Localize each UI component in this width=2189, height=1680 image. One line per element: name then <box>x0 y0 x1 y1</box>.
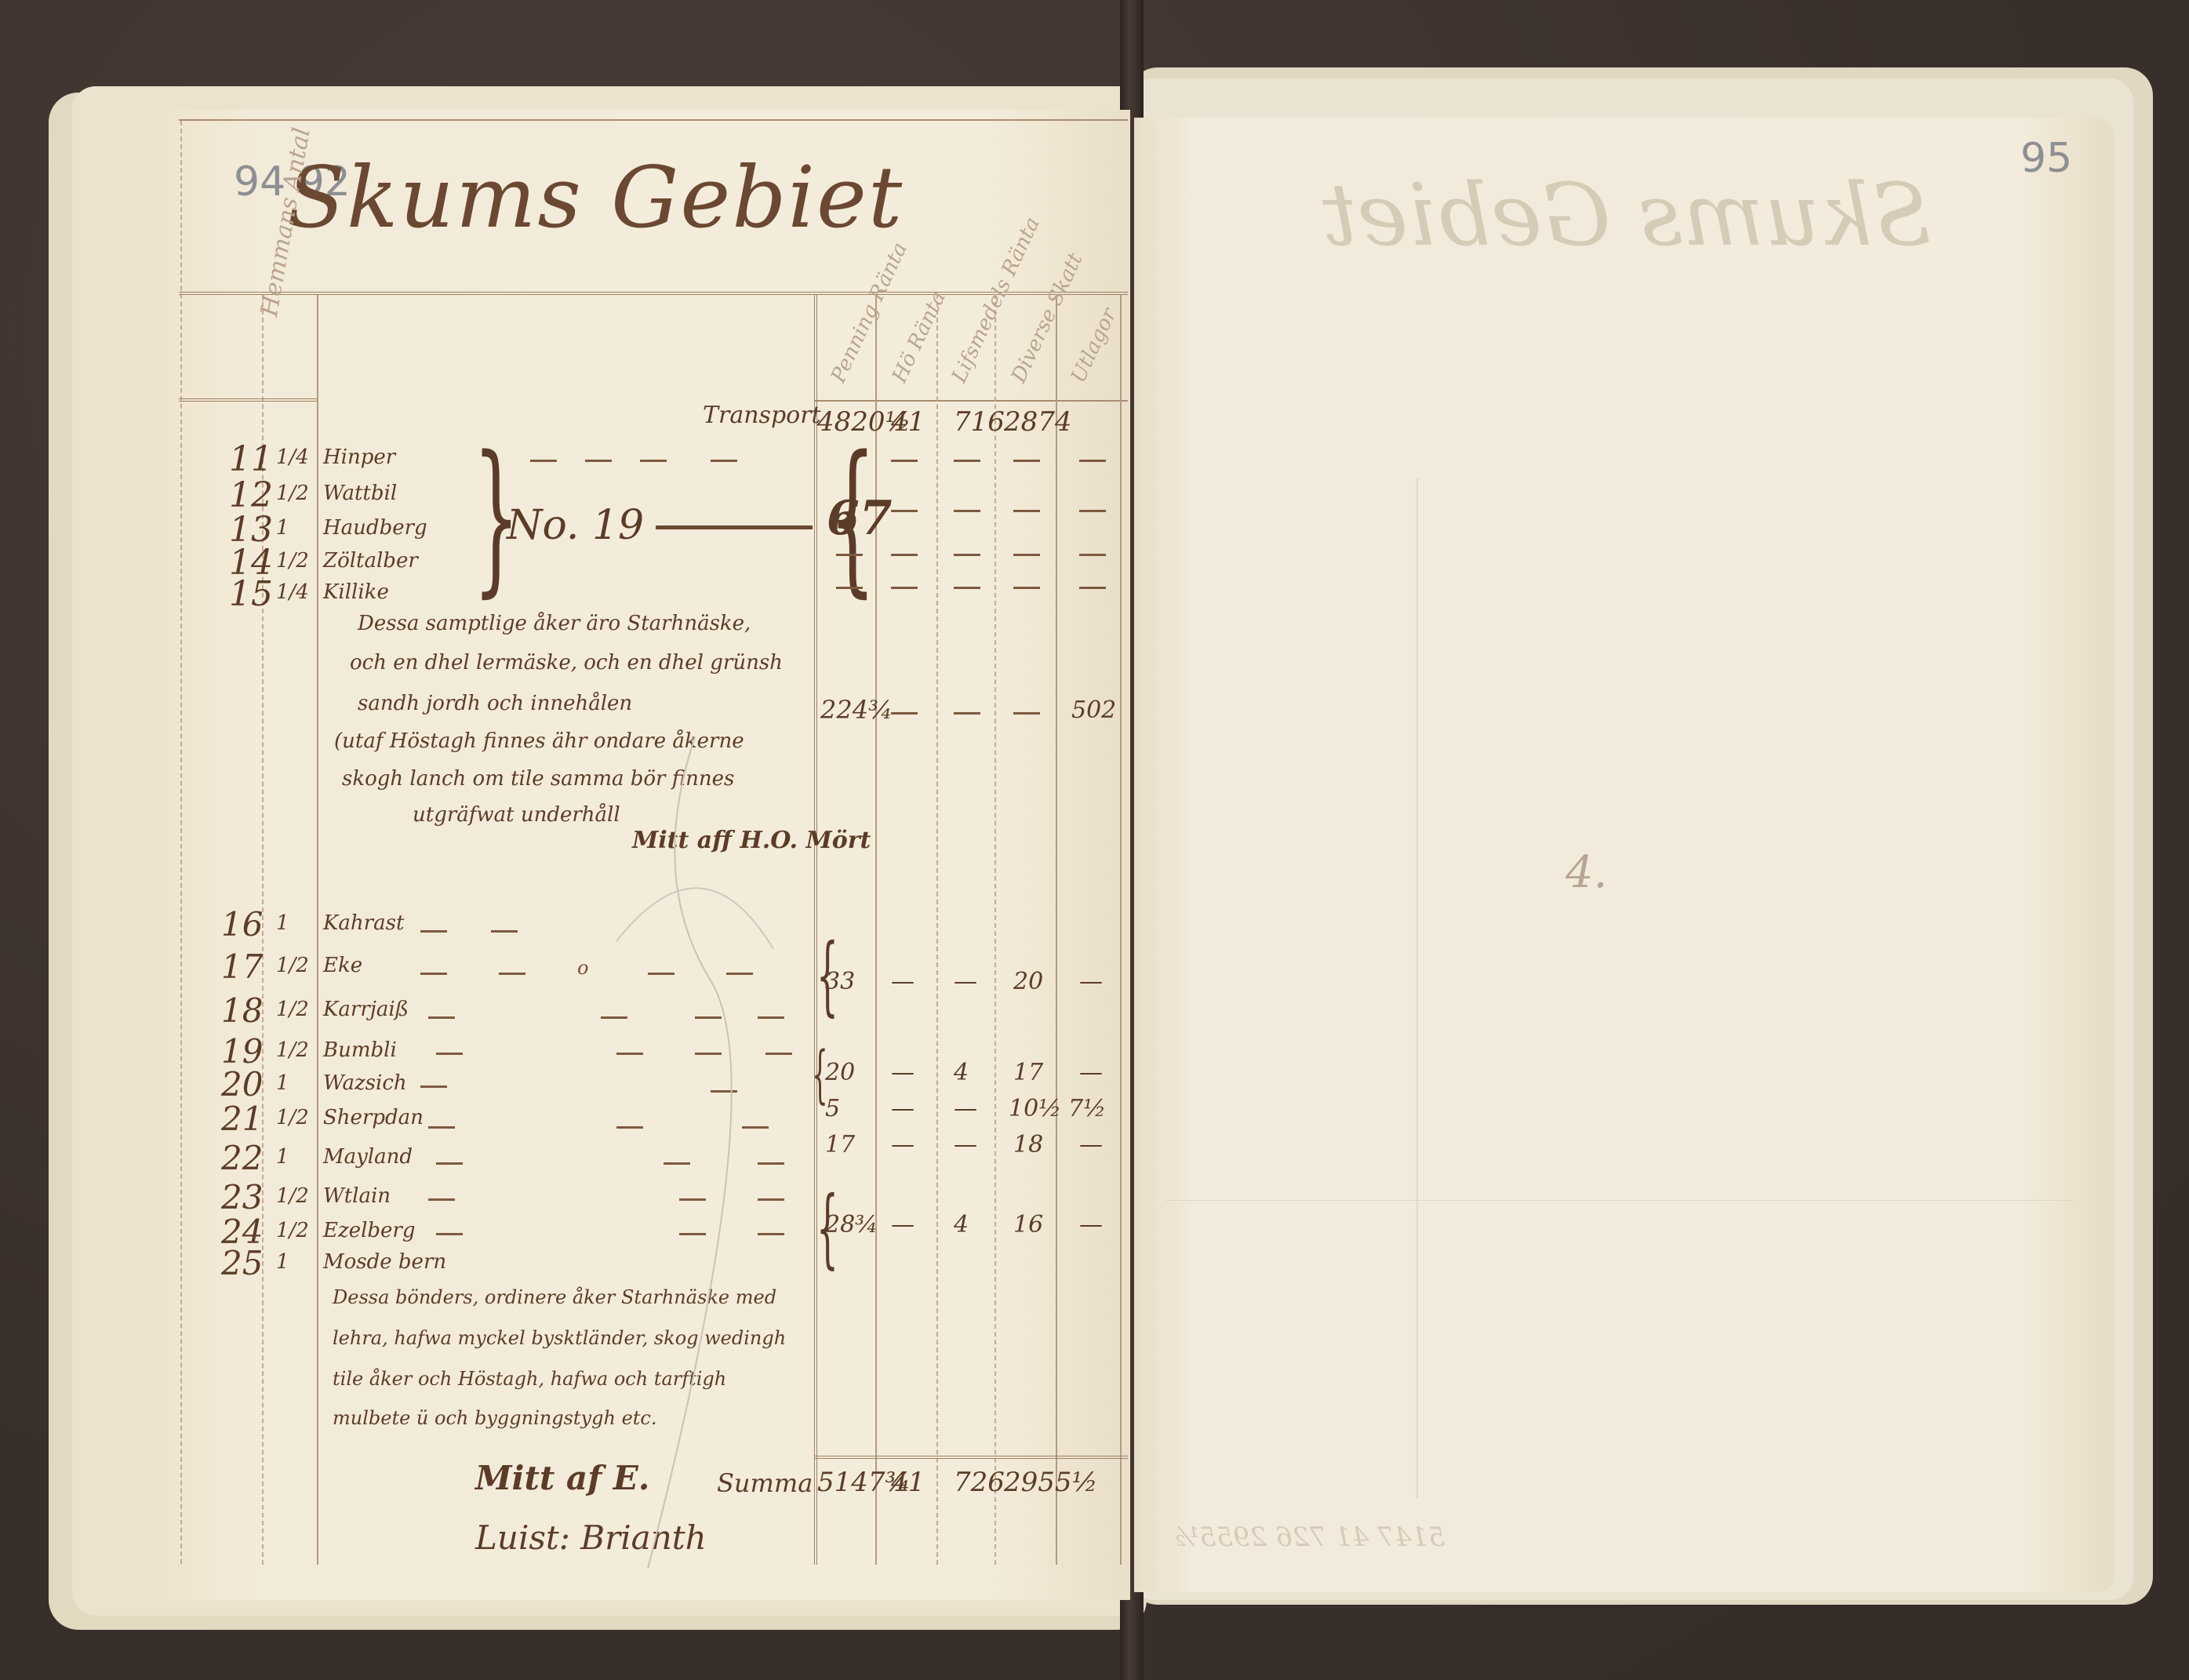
transport-value-4: 2874 <box>1004 406 1072 438</box>
row-farm-name: Ezelberg <box>323 1219 415 1242</box>
bleed-through-summa: 5147 41 726 2955½ <box>1173 1522 1445 1553</box>
row-number: 25 <box>221 1244 263 1282</box>
row-farm-name: Bumbli <box>323 1038 397 1062</box>
row-share: 1 <box>276 1145 289 1169</box>
dash-filler <box>954 554 980 556</box>
share-column-rule <box>317 294 318 1565</box>
table-header-bottom-rule-left <box>179 398 317 402</box>
group2-value: — <box>1079 1131 1103 1158</box>
row-number: 23 <box>221 1178 263 1216</box>
group2-value: — <box>1079 1211 1103 1238</box>
page-crease <box>1165 1200 2075 1201</box>
group2-value: 4 <box>954 1059 969 1086</box>
row-farm-name: Hinper <box>323 445 395 469</box>
row-share: 1/2 <box>276 1219 309 1242</box>
group1-value: 67 <box>827 491 893 546</box>
summa-rule <box>814 1456 1128 1459</box>
dash-filler <box>420 1085 447 1088</box>
row-farm-name: Zöltalber <box>323 549 418 573</box>
dash-filler <box>428 1126 455 1129</box>
group2-value: — <box>954 968 977 995</box>
row-number: 18 <box>221 991 263 1030</box>
dash-filler <box>954 460 980 462</box>
dash-filler <box>436 1162 463 1165</box>
row-number: 20 <box>221 1065 263 1104</box>
row-farm-name: Eke <box>323 954 362 977</box>
row-farm-name: Wazsich <box>323 1071 407 1095</box>
dash-filler <box>836 554 863 556</box>
row-share: 1/2 <box>276 998 309 1021</box>
row-share: 1/2 <box>276 549 309 573</box>
row-farm-name: Karrjaiß <box>323 998 409 1021</box>
group2-value: — <box>954 1131 977 1158</box>
row-share: 1 <box>276 911 289 935</box>
row-number: 17 <box>221 947 263 986</box>
dash-filler <box>530 460 557 462</box>
transport-value-2: 41 <box>891 406 925 438</box>
dash-filler <box>954 587 980 589</box>
group2-value: 18 <box>1013 1131 1043 1158</box>
group1-connector-line <box>656 525 813 529</box>
dash-filler <box>428 1198 455 1201</box>
group2-value: 4 <box>954 1211 969 1238</box>
summa-value-4: 2955½ <box>1004 1467 1097 1498</box>
ink-blot: o <box>577 957 588 979</box>
group1-note-line: sandh jordh och innehålen <box>358 692 632 715</box>
row-number: 11 <box>229 439 273 479</box>
value-column-rule-4 <box>1056 294 1057 1565</box>
right-page: 95 Skums Gebiet 4. 5147 41 726 2955½ <box>1134 118 2114 1592</box>
group1-note-value: 224¾ <box>820 695 893 725</box>
group2-value: — <box>1079 968 1103 995</box>
row-number: 16 <box>221 905 263 944</box>
summa-value-3: 726 <box>954 1467 1005 1498</box>
group2-value: — <box>891 968 915 995</box>
value-column-rule-3 <box>995 294 996 1565</box>
group1-reference-number: No. 19 <box>507 502 644 549</box>
dash-filler <box>1013 460 1040 462</box>
dash-filler <box>1013 554 1040 556</box>
dash-filler <box>499 973 525 975</box>
row-farm-name: Mayland <box>323 1145 413 1169</box>
dash-filler <box>891 712 918 715</box>
dash-filler <box>428 1016 455 1019</box>
dash-filler <box>436 1053 463 1055</box>
dash-filler <box>640 460 667 462</box>
column-header-5: Utlagor <box>1067 305 1122 387</box>
row-farm-name: Killike <box>323 580 389 604</box>
top-frame-rule <box>179 119 1128 121</box>
value-column-rule-5 <box>1120 294 1122 1565</box>
dash-filler <box>1079 460 1106 462</box>
dash-filler <box>420 973 447 975</box>
bleed-through-mark: 4. <box>1565 847 1607 898</box>
dash-filler <box>1013 587 1040 589</box>
dash-filler <box>891 554 918 556</box>
dash-filler <box>436 1233 463 1235</box>
transport-label: Transport <box>703 402 821 429</box>
row-number: 22 <box>221 1139 263 1177</box>
row-share: 1/2 <box>276 482 309 505</box>
group2-value: — <box>891 1059 915 1086</box>
row-farm-name: Wtlain <box>323 1184 391 1208</box>
folio-number-pencil: 95 <box>2020 135 2072 182</box>
dash-filler <box>891 510 918 512</box>
page-title: Skums Gebiet <box>287 149 904 247</box>
group2-value: 7½ <box>1068 1095 1106 1122</box>
transport-value-3: 716 <box>954 406 1005 438</box>
row-share: 1/2 <box>276 1038 309 1062</box>
dash-filler <box>954 510 980 512</box>
row-share: 1/2 <box>276 1184 309 1208</box>
left-page: 94 92 Skums Gebiet Hemmans Antal Penning… <box>162 110 1130 1600</box>
row-share: 1/4 <box>276 445 309 469</box>
group2-value: — <box>1079 1059 1103 1086</box>
value-column-rule-2 <box>936 294 938 1565</box>
bleed-through-title: Skums Gebiet <box>1322 165 1931 265</box>
dash-filler <box>891 587 918 589</box>
group2-value: — <box>891 1131 915 1158</box>
pencil-stroke-marks <box>601 722 836 1584</box>
dash-filler <box>1079 510 1106 512</box>
group2-value: — <box>954 1095 977 1122</box>
left-margin-rule <box>180 121 182 1564</box>
row-share: 1/4 <box>276 580 309 604</box>
group2-value: — <box>891 1211 915 1238</box>
row-share: 1 <box>276 1250 289 1274</box>
dash-filler <box>1079 587 1106 589</box>
dash-filler <box>1079 554 1106 556</box>
row-farm-name: Wattbil <box>323 482 397 505</box>
row-farm-name: Mosde bern <box>323 1250 446 1274</box>
group1-note-line: utgräfwat underhåll <box>413 803 620 827</box>
group2-value: 16 <box>1013 1211 1043 1238</box>
row-number: 15 <box>229 574 273 614</box>
group1-note-value-right: 502 <box>1071 696 1116 724</box>
row-number: 21 <box>221 1100 263 1138</box>
dash-filler <box>491 930 518 933</box>
table-header-bottom-rule-right <box>814 400 1128 402</box>
dash-filler <box>585 460 612 462</box>
row-share: 1 <box>276 1071 289 1095</box>
bleed-through-rule <box>1416 478 1418 1498</box>
row-share: 1 <box>276 516 289 540</box>
row-share: 1/2 <box>276 1106 309 1129</box>
group2-value: 17 <box>1013 1059 1043 1086</box>
row-farm-name: Kahrast <box>323 911 404 935</box>
dash-filler <box>1013 510 1040 512</box>
group1-note-line: och en dhel lermäske, och en dhel grünsh <box>350 651 783 675</box>
dash-filler <box>836 587 863 589</box>
row-farm-name: Haudberg <box>323 516 427 540</box>
dash-filler <box>891 460 918 462</box>
dash-filler <box>420 930 447 933</box>
group1-note-line: Dessa samptlige åker äro Starhnäske, <box>358 612 751 635</box>
group2-value: — <box>891 1095 915 1122</box>
group2-value: 20 <box>1013 968 1043 995</box>
dash-filler <box>711 460 737 462</box>
dash-filler <box>1013 712 1040 715</box>
summa-value-2: 41 <box>891 1467 925 1498</box>
row-farm-name: Sherpdan <box>323 1106 424 1129</box>
column-header-2: Hö Ränta <box>888 288 951 387</box>
row-share: 1/2 <box>276 954 309 977</box>
dash-filler <box>954 712 980 715</box>
group2-value: 10½ <box>1009 1095 1061 1122</box>
